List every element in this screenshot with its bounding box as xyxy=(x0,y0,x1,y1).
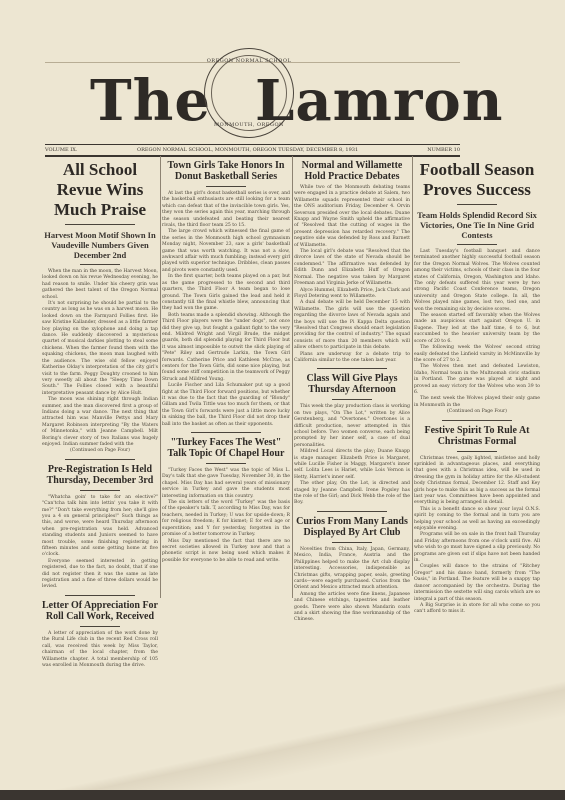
headline: Pre-Registration Is Held Thursday, Decem… xyxy=(42,464,158,486)
divider xyxy=(191,432,261,433)
paragraph: This is a benefit dance so show your loy… xyxy=(414,507,540,533)
paragraph: A Big Surprise is in store for all who c… xyxy=(414,603,540,616)
divider xyxy=(80,264,120,265)
paragraph: In the first quarter, both teams played … xyxy=(162,274,290,312)
paragraph: The season started off favorably when th… xyxy=(414,313,540,345)
paragraph: Lucile Fischer and Lila Schumaker put up… xyxy=(162,383,290,428)
headline: Curios From Many Lands Displayed By Art … xyxy=(294,516,410,538)
article-basketball: Town Girls Take Honors In Donut Basketba… xyxy=(162,160,290,428)
paragraph: The next week the Wolves played their on… xyxy=(414,396,540,409)
paragraph: Plans are underway for a debate trip to … xyxy=(294,352,410,365)
divider xyxy=(65,459,135,460)
masthead-title-right: Lamron xyxy=(255,68,503,134)
headline: "Turkey Faces The West" Talk Topic Of Ch… xyxy=(162,437,290,459)
article-turkey: "Turkey Faces The West" Talk Topic Of Ch… xyxy=(162,437,290,564)
divider xyxy=(457,244,497,245)
paragraph: Miss Day mentioned the fact that there a… xyxy=(162,539,290,565)
article-football: Football Season Proves Success Team Hold… xyxy=(414,160,540,416)
paragraph: It's not surprising he should be partial… xyxy=(42,301,158,397)
column-divider xyxy=(292,156,293,598)
divider xyxy=(80,490,120,491)
divider xyxy=(457,204,497,205)
paragraph: The other play, On the Lot, is directed … xyxy=(294,481,410,507)
continued-note: (Continued on Page Four) xyxy=(414,409,540,415)
headline: Normal and Willamette Hold Practice Deba… xyxy=(294,160,410,182)
column-3: Normal and Willamette Hold Practice Deba… xyxy=(294,158,410,624)
paragraph: The six letters of the word "Turkey" was… xyxy=(162,500,290,538)
headline: Festive Spirit To Rule At Christmas Form… xyxy=(414,425,540,447)
paragraph: The following week the Wolves' second st… xyxy=(414,345,540,364)
column-divider xyxy=(160,156,161,598)
masthead: The OREGON NORMAL SCHOOL MONMOUTH, OREGO… xyxy=(45,64,460,146)
divider xyxy=(80,626,120,627)
paragraph: At last the girl's donut basketball seri… xyxy=(162,191,290,229)
divider xyxy=(65,595,135,596)
paragraph: The Wolves then met and defeated Lewisto… xyxy=(414,364,540,396)
article-preregistration: Pre-Registration Is Held Thursday, Decem… xyxy=(42,464,158,591)
column-divider xyxy=(412,156,413,576)
paragraph: When the man in the moon, the Harvest Mo… xyxy=(42,269,158,301)
paragraph: A letter of appreciation of the work don… xyxy=(42,631,158,669)
column-4: Football Season Proves Success Team Hold… xyxy=(414,158,540,616)
divider xyxy=(206,186,246,187)
divider xyxy=(65,224,135,225)
divider xyxy=(332,399,372,400)
divider xyxy=(206,463,246,464)
paragraph: Programs will be on sale in the front ha… xyxy=(414,532,540,564)
headline: All School Revue Wins Much Praise xyxy=(42,160,158,220)
divider xyxy=(317,368,387,369)
article-appreciation: Letter Of Appreciation For Roll Call Wor… xyxy=(42,600,158,669)
dateline-text: OREGON NORMAL SCHOOL, MONMOUTH, OREGON T… xyxy=(137,147,358,153)
seal-top-text: OREGON NORMAL SCHOOL xyxy=(205,58,293,64)
paragraph: Mildred Local directs the play; Duane Kn… xyxy=(294,449,410,481)
article-debate: Normal and Willamette Hold Practice Deba… xyxy=(294,160,410,364)
paragraph: While two of the Monmouth debating teams… xyxy=(294,185,410,249)
article-plays: Class Will Give Plays Thursday Afternoon… xyxy=(294,373,410,507)
paragraph: The large crowd which witnessed the fina… xyxy=(162,229,290,274)
dateline: VOLUME IX. OREGON NORMAL SCHOOL, MONMOUT… xyxy=(45,144,460,157)
paragraph: This week the play production class is w… xyxy=(294,404,410,449)
paragraph: A dual debate will be held December 15 w… xyxy=(294,300,410,351)
paragraph: Everyone seemed interested in getting re… xyxy=(42,559,158,591)
headline: Letter Of Appreciation For Roll Call Wor… xyxy=(42,600,158,622)
headline: Class Will Give Plays Thursday Afternoon xyxy=(294,373,410,395)
paragraph: Christmas trees, gaily lighted, mistleto… xyxy=(414,456,540,507)
issue-number: NUMBER 10 xyxy=(427,147,460,153)
column-1: All School Revue Wins Much Praise Harves… xyxy=(42,158,158,669)
article-curios: Curios From Many Lands Displayed By Art … xyxy=(294,516,410,624)
divider xyxy=(457,451,497,452)
paragraph: Both teams made a splendid showing. Alth… xyxy=(162,313,290,383)
volume-label: VOLUME IX. xyxy=(45,147,77,153)
paragraph: "Turkey Faces the West" was the topic of… xyxy=(162,468,290,500)
newspaper-page: The OREGON NORMAL SCHOOL MONMOUTH, OREGO… xyxy=(0,0,565,790)
headline: Football Season Proves Success xyxy=(414,160,540,200)
masthead-title-left: The xyxy=(90,68,211,134)
column-2: Town Girls Take Honors In Donut Basketba… xyxy=(162,158,290,564)
subhead: Harvest Moon Motif Shown In Vaudeville N… xyxy=(42,230,158,260)
paragraph: Among the articles were fine linens, Jap… xyxy=(294,592,410,624)
subhead: Team Holds Splendid Record Six Victories… xyxy=(414,210,540,240)
paragraph: "Whatcha goin' to take for an elective?"… xyxy=(42,495,158,559)
divider xyxy=(442,420,512,421)
paragraph: Couples will dance to the strains of "Ri… xyxy=(414,564,540,602)
headline: Town Girls Take Honors In Donut Basketba… xyxy=(162,160,290,182)
paragraph: The moon was shining right through India… xyxy=(42,397,158,448)
article-revue: All School Revue Wins Much Praise Harves… xyxy=(42,160,158,455)
paragraph: Last Tuesday's football banquet and danc… xyxy=(414,249,540,313)
paragraph: The local girl's debate was "Resolved th… xyxy=(294,249,410,287)
paragraph: Alyce Hummel, Elizabeth Price, Jack Clar… xyxy=(294,288,410,301)
article-festive: Festive Spirit To Rule At Christmas Form… xyxy=(414,425,540,616)
continued-note: (Continued on Page Four) xyxy=(42,448,158,454)
divider xyxy=(317,511,387,512)
paragraph: Novelties from China, Italy, Japan, Germ… xyxy=(294,547,410,592)
divider xyxy=(332,542,372,543)
